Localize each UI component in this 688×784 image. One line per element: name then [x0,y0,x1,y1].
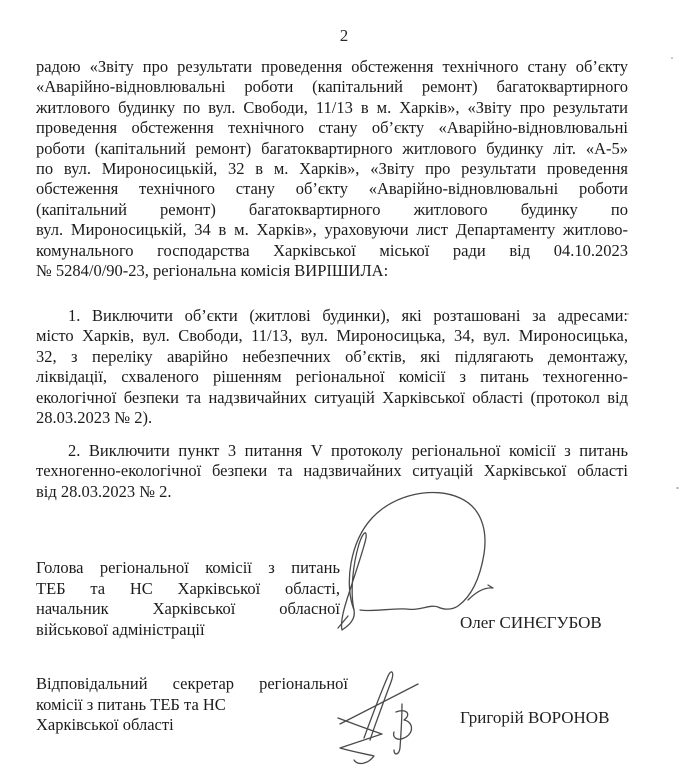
page-number: 2 [0,26,688,46]
scan-speck [676,487,679,489]
body-line: радою «Звіту про результати проведення о… [36,57,628,77]
body-line: роботи (капітальний ремонт) багатокварти… [36,139,628,159]
body-line: екологічної безпеки та надзвичайних ситу… [36,388,628,408]
signatory-title-secretary: Відповідальний секретар регіональної ком… [36,674,348,736]
body-line: (капітальний ремонт) багатоквартирного ж… [36,200,628,220]
body-line: 2. Виключити пункт 3 питання V протоколу… [36,441,628,461]
signatory-title-line: ТЕБ та НС Харківської області, [36,579,340,600]
signature-voronov-handwriting [332,658,444,768]
signatory-title-line: комісії з питань ТЕБ та НС [36,695,348,716]
body-line: техногенно-екологічної безпеки та надзви… [36,461,628,481]
signatory-title-line: Голова регіональної комісії з питань [36,558,340,579]
body-line: вул. Мироносицькій, 34 в м. Харків», ура… [36,220,628,240]
body-line: 1. Виключити об’єкти (житлові будинки), … [36,306,628,326]
scan-speck [671,57,673,59]
signature-synehubov-handwriting [330,480,515,635]
body-line: місто Харків, вул. Свободи, 11/13, вул. … [36,326,628,346]
signatory-title-line: військової адміністрації [36,620,340,641]
body-line: ліквідації, схваленого рішенням регіонал… [36,367,628,387]
body-line: комунального господарства Харківської мі… [36,241,628,261]
signatory-name-head: Олег СИНЄГУБОВ [460,613,602,633]
signatory-title-line: Харківської області [36,715,348,736]
body-line: проведення обстеження технічного стану о… [36,118,628,138]
body-line: обстеження технічного стану об’єкту «Ава… [36,179,628,199]
body-line: 32, з переліку аварійно небезпечних об’є… [36,347,628,367]
body-line: 28.03.2023 № 2). [36,408,628,428]
signatory-title-head: Голова регіональної комісії з питань ТЕБ… [36,558,340,640]
resolution-item-1: 1. Виключити об’єкти (житлові будинки), … [36,306,628,428]
document-page: 2 радою «Звіту про результати проведення… [0,0,688,784]
signatory-title-line: начальник Харківської обласної [36,599,340,620]
body-line: житлового будинку по вул. Свободи, 11/13… [36,98,628,118]
body-line: № 5284/0/90-23, регіональна комісія ВИРІ… [36,261,628,281]
signatory-name-secretary: Григорій ВОРОНОВ [460,708,609,728]
scan-speck [626,313,629,315]
signatory-title-line: Відповідальний секретар регіональної [36,674,348,695]
body-line: «Аварійно-відновлювальні роботи (капітал… [36,77,628,97]
body-line: по вул. Мироносицькій, 32 в м. Харків», … [36,159,628,179]
paragraph-continuation: радою «Звіту про результати проведення о… [36,57,628,281]
